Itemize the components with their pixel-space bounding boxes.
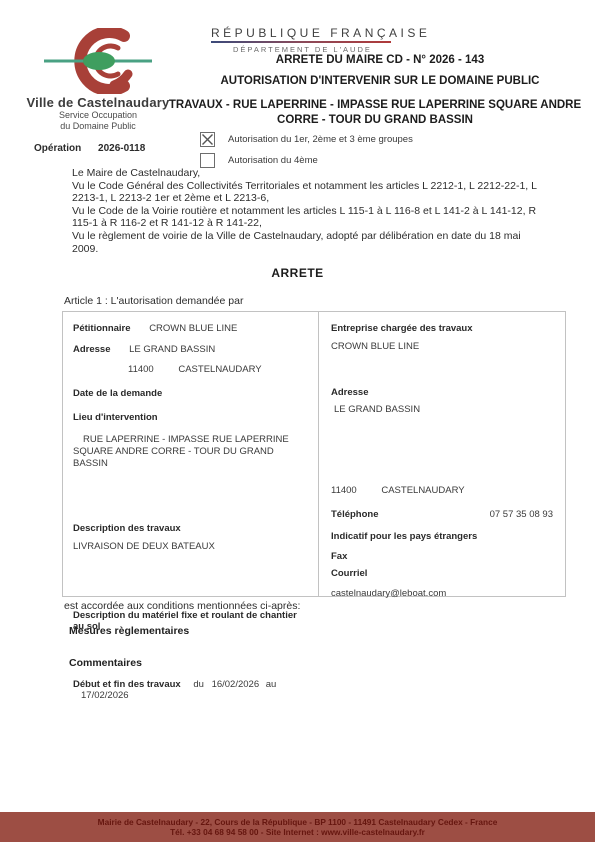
castelnaudary-logo-icon <box>42 28 154 94</box>
postal-code: 11400 <box>331 485 357 496</box>
mesures-reglementaires-label: Mesures règlementaires <box>69 625 189 637</box>
lieu-intervention-value: RUE LAPERRINE - IMPASSE RUE LAPERRINE SQ… <box>73 434 308 470</box>
republique-title: RÉPUBLIQUE FRANÇAISE <box>211 26 430 40</box>
adresse-value: LE GRAND BASSIN <box>334 404 553 415</box>
telephone-label: Téléphone <box>331 509 379 520</box>
lieu-intervention-label: Lieu d'intervention <box>73 412 308 423</box>
city-logo-block: Ville de Castelnaudary Service Occupatio… <box>18 28 178 131</box>
authorization-form-table: Pétitionnaire CROWN BLUE LINE Adresse LE… <box>62 311 566 597</box>
au-label: au <box>266 679 277 690</box>
footer-contact: Tél. +33 04 68 94 58 00 - Site Internet … <box>0 827 595 838</box>
footer-address: Mairie de Castelnaudary - 22, Cours de l… <box>0 817 595 828</box>
operation-line: Opération 2026-0118 <box>34 143 145 154</box>
checkbox-label: Autorisation du 1er, 2ème et 3 ème group… <box>228 134 413 145</box>
org-service-line2: du Domaine Public <box>18 121 178 132</box>
org-service-line1: Service Occupation <box>18 110 178 121</box>
adresse-label: Adresse <box>331 387 553 398</box>
maire-line: Le Maire de Castelnaudary, <box>72 167 544 180</box>
checkbox-row-groupe-4: Autorisation du 4ème <box>200 153 318 168</box>
operation-label: Opération <box>34 143 81 154</box>
adresse-value: LE GRAND BASSIN <box>129 344 215 355</box>
org-name: Ville de Castelnaudary <box>18 95 178 110</box>
description-travaux-value: LIVRAISON DE DEUX BATEAUX <box>73 541 308 552</box>
travaux-title: TRAVAUX - RUE LAPERRINE - IMPASSE RUE LA… <box>168 98 582 128</box>
indicatif-label: Indicatif pour les pays étrangers <box>331 531 553 542</box>
du-label: du <box>193 679 204 690</box>
autorisation-title: AUTORISATION D'INTERVENIR SUR LE DOMAINE… <box>180 75 580 87</box>
checkbox-row-groupes-1-3: Autorisation du 1er, 2ème et 3 ème group… <box>200 132 413 147</box>
petitioner-cell: Pétitionnaire CROWN BLUE LINE Adresse LE… <box>63 312 319 596</box>
fax-label: Fax <box>331 551 553 562</box>
city-name: CASTELNAUDARY <box>178 364 261 375</box>
conditions-line: est accordée aux conditions mentionnées … <box>64 600 300 612</box>
departement-subtitle: DÉPARTEMENT DE L'AUDE <box>233 45 372 54</box>
preamble-text: Le Maire de Castelnaudary, Vu le Code Gé… <box>72 167 544 255</box>
entreprise-label: Entreprise chargée des travaux <box>331 323 553 334</box>
telephone-value: 07 57 35 08 93 <box>490 509 553 520</box>
adresse-label: Adresse <box>73 344 111 355</box>
checkbox-label: Autorisation du 4ème <box>228 155 318 166</box>
courriel-value: castelnaudary@leboat.com <box>331 588 553 599</box>
document-page: Ville de Castelnaudary Service Occupatio… <box>0 0 595 842</box>
vu-paragraph-2: Vu le Code de la Voirie routière et nota… <box>72 205 544 230</box>
operation-number: 2026-0118 <box>98 143 145 154</box>
date-fin: 17/02/2026 <box>81 690 129 701</box>
checked-checkbox <box>200 132 215 147</box>
unchecked-checkbox <box>200 153 215 168</box>
description-travaux-label: Description des travaux <box>73 523 308 534</box>
city-name: CASTELNAUDARY <box>381 485 464 496</box>
postal-code: 11400 <box>128 364 154 375</box>
check-x-icon <box>201 133 214 146</box>
article-1-line: Article 1 : L'autorisation demandée par <box>64 295 243 307</box>
courriel-label: Courriel <box>331 568 553 579</box>
entreprise-value: CROWN BLUE LINE <box>331 341 553 352</box>
arrete-number-title: ARRETE DU MAIRE CD - N° 2026 - 143 <box>180 54 580 66</box>
petitionnaire-label: Pétitionnaire <box>73 323 131 334</box>
contractor-cell: Entreprise chargée des travaux CROWN BLU… <box>319 312 565 596</box>
debut-fin-label: Début et fin des travaux <box>73 679 181 690</box>
vu-paragraph-3: Vu le règlement de voirie de la Ville de… <box>72 230 544 255</box>
footer-bar: Mairie de Castelnaudary - 22, Cours de l… <box>0 812 595 842</box>
date-debut: 16/02/2026 <box>212 679 260 690</box>
vu-paragraph-1: Vu le Code Général des Collectivités Ter… <box>72 180 544 205</box>
tricolor-divider <box>211 41 391 43</box>
petitionnaire-value: CROWN BLUE LINE <box>149 323 237 334</box>
date-demande-label: Date de la demande <box>73 388 308 399</box>
commentaires-label: Commentaires <box>69 657 142 669</box>
arrete-heading: ARRETE <box>0 266 595 280</box>
